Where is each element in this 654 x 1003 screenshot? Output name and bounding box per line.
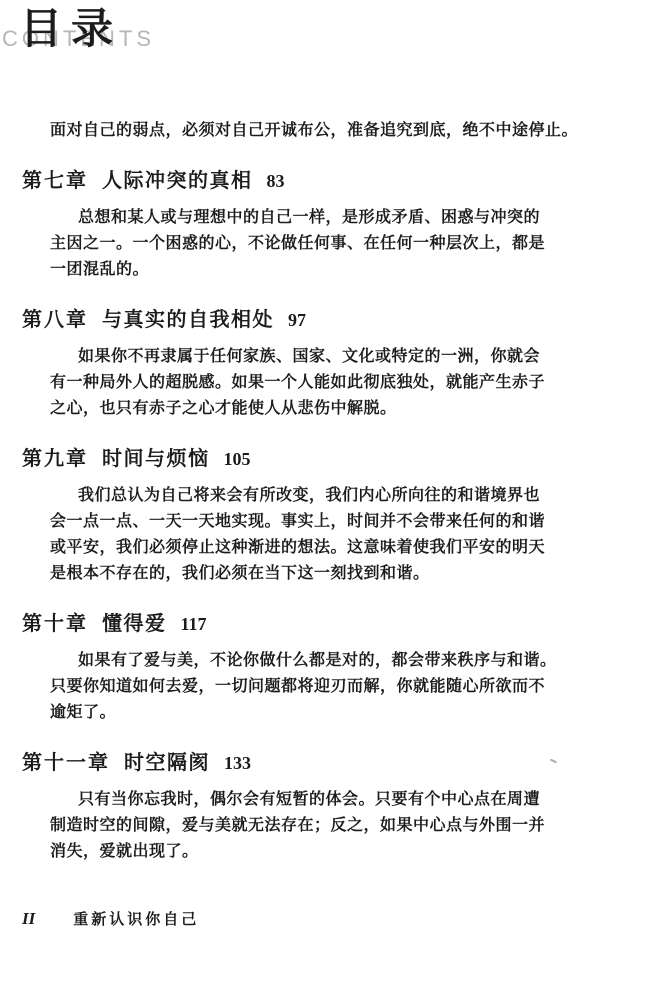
chapter-title: 懂得爱 <box>102 613 167 635</box>
chapter-entry: 第十章懂得爱117 如果有了爱与美，不论你做什么都是对的，都会带来秩序与和谐。只… <box>0 609 654 726</box>
summary-line: 有一种局外人的超脱感。如果一个人能如此彻底独处，就能产生赤子 <box>50 370 614 396</box>
summary-line: 如果你不再隶属于任何家族、国家、文化或特定的一洲，你就会 <box>50 344 614 370</box>
page-title: 目录 <box>20 0 122 56</box>
chapter-heading: 第七章人际冲突的真相83 <box>22 166 614 195</box>
footer-book-title: 重新认识你自己 <box>73 908 199 929</box>
summary-line: 我们总认为自己将来会有所改变，我们内心所向往的和谐境界也 <box>50 483 614 509</box>
page-footer: II 重新认识你自己 <box>22 908 199 929</box>
chapter-number: 第八章 <box>22 309 88 331</box>
summary-line: 或平安，我们必须停止这种渐进的想法。这意味着使我们平安的明天 <box>50 535 614 561</box>
chapter-entry: 第八章与真实的自我相处97 如果你不再隶属于任何家族、国家、文化或特定的一洲，你… <box>0 305 654 422</box>
folio-page-number: II <box>22 909 35 929</box>
chapter-entry: 第九章时间与烦恼105 我们总认为自己将来会有所改变，我们内心所向往的和谐境界也… <box>0 444 654 587</box>
intro-carryover-line: 面对自己的弱点，必须对自己开诚布公，准备追究到底，绝不中途停止。 <box>50 118 614 144</box>
chapter-summary: 我们总认为自己将来会有所改变，我们内心所向往的和谐境界也会一点一点、一天一天地实… <box>50 483 614 587</box>
summary-line: 逾矩了。 <box>50 700 614 726</box>
chapter-page-number: 105 <box>224 449 251 469</box>
summary-line: 一团混乱的。 <box>50 257 614 283</box>
summary-line: 只有当你忘我时，偶尔会有短暂的体会。只要有个中心点在周遭 <box>50 787 614 813</box>
chapter-page-number: 117 <box>181 614 207 634</box>
chapter-number: 第十一章 <box>22 752 110 774</box>
summary-line: 主因之一。一个困惑的心，不论做任何事、在任何一种层次上，都是 <box>50 231 614 257</box>
summary-line: 消失，爱就出现了。 <box>50 839 614 865</box>
chapter-summary: 只有当你忘我时，偶尔会有短暂的体会。只要有个中心点在周遭制造时空的间隙，爱与美就… <box>50 787 614 865</box>
summary-line: 是根本不存在的，我们必须在当下这一刻找到和谐。 <box>50 561 614 587</box>
summary-line: 只要你知道如何去爱，一切问题都将迎刃而解，你就能随心所欲而不 <box>50 674 614 700</box>
chapter-number: 第十章 <box>22 613 88 635</box>
chapter-page-number: 97 <box>288 310 306 330</box>
chapter-heading: 第八章与真实的自我相处97 <box>22 305 614 334</box>
page-header: CONTENTS 目录 <box>0 0 654 66</box>
chapter-entry: 第七章人际冲突的真相83 总想和某人或与理想中的自己一样，是形成矛盾、困惑与冲突… <box>0 166 654 283</box>
chapter-title: 与真实的自我相处 <box>102 309 274 331</box>
chapter-number: 第七章 <box>22 170 88 192</box>
summary-line: 之心，也只有赤子之心才能使人从悲伤中解脱。 <box>50 396 614 422</box>
chapter-title: 人际冲突的真相 <box>102 170 253 192</box>
summary-line: 如果有了爱与美，不论你做什么都是对的，都会带来秩序与和谐。 <box>50 648 614 674</box>
chapter-summary: 如果有了爱与美，不论你做什么都是对的，都会带来秩序与和谐。只要你知道如何去爱，一… <box>50 648 614 726</box>
chapter-page-number: 83 <box>267 171 285 191</box>
chapter-title: 时间与烦恼 <box>102 448 210 470</box>
chapter-number: 第九章 <box>22 448 88 470</box>
chapter-heading: 第十一章时空隔阂133 <box>22 748 614 777</box>
toc-page: CONTENTS 目录 面对自己的弱点，必须对自己开诚布公，准备追究到底，绝不中… <box>0 0 654 1003</box>
chapter-page-number: 133 <box>224 753 251 773</box>
chapter-heading: 第九章时间与烦恼105 <box>22 444 614 473</box>
chapter-entry: 第十一章时空隔阂133 只有当你忘我时，偶尔会有短暂的体会。只要有个中心点在周遭… <box>0 748 654 865</box>
chapter-heading: 第十章懂得爱117 <box>22 609 614 638</box>
summary-line: 会一点一点、一天一天地实现。事实上，时间并不会带来任何的和谐 <box>50 509 614 535</box>
chapter-summary: 如果你不再隶属于任何家族、国家、文化或特定的一洲，你就会有一种局外人的超脱感。如… <box>50 344 614 422</box>
summary-line: 制造时空的间隙，爱与美就无法存在；反之，如果中心点与外围一并 <box>50 813 614 839</box>
chapter-summary: 总想和某人或与理想中的自己一样，是形成矛盾、困惑与冲突的主因之一。一个困惑的心，… <box>50 205 614 283</box>
summary-line: 总想和某人或与理想中的自己一样，是形成矛盾、困惑与冲突的 <box>50 205 614 231</box>
chapter-title: 时空隔阂 <box>124 752 210 774</box>
